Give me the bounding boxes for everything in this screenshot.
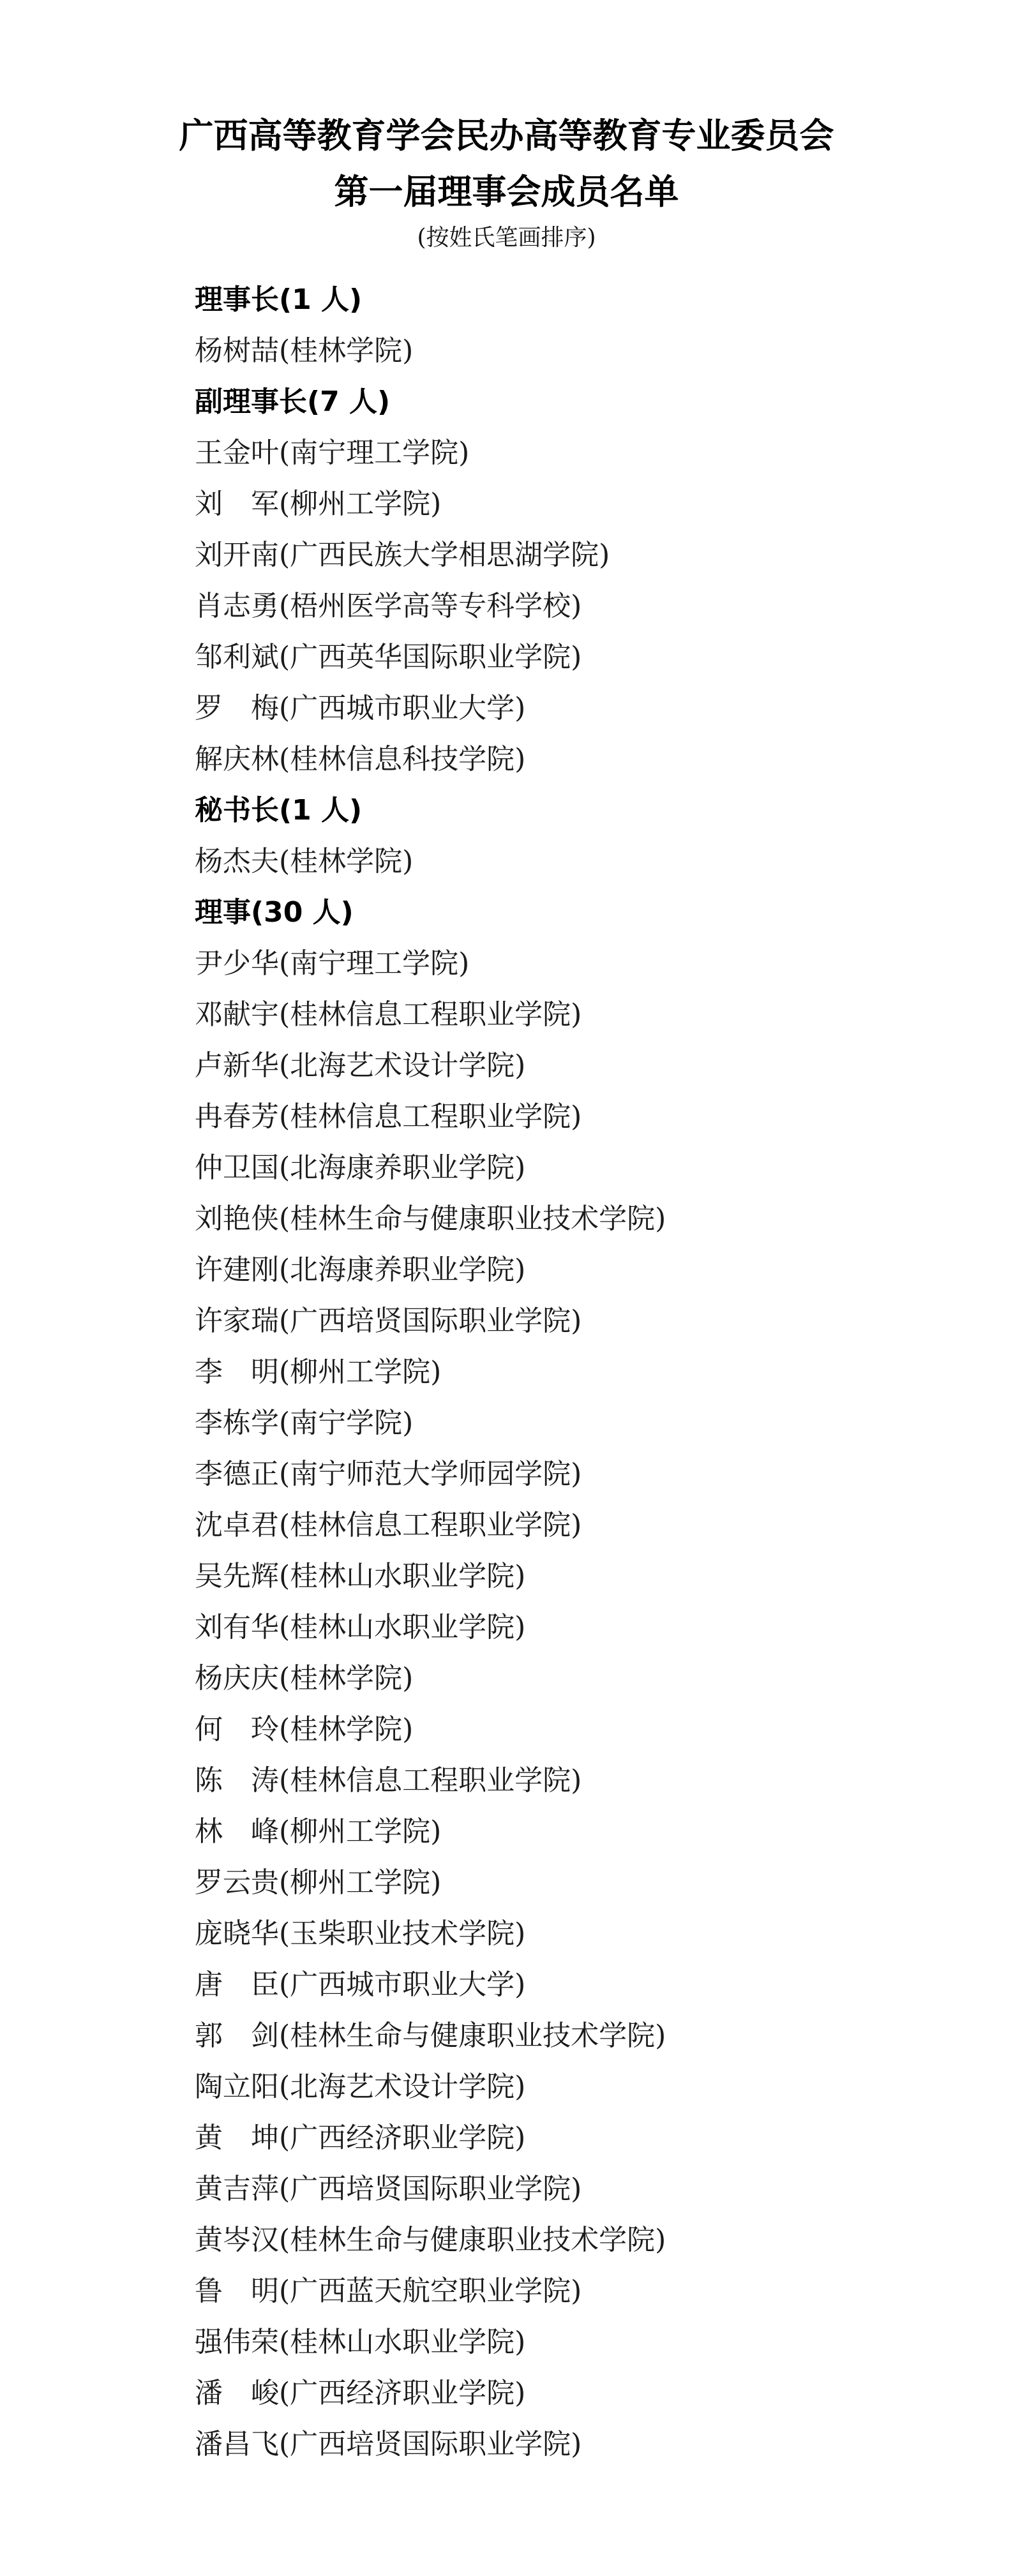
member-row: 郭 剑(桂林生命与健康职业技术学院): [195, 2011, 1013, 2062]
section-header: 理事(30 人): [195, 887, 1013, 938]
section-header: 副理事长(7 人): [195, 377, 1013, 428]
member-row: 解庆林(桂林信息科技学院): [195, 734, 1013, 785]
member-row: 黄 坤(广西经济职业学院): [195, 2113, 1013, 2164]
member-row: 许建刚(北海康养职业学院): [195, 1245, 1013, 1296]
member-row: 冉春芳(桂林信息工程职业学院): [195, 1091, 1013, 1142]
member-row: 沈卓君(桂林信息工程职业学院): [195, 1500, 1013, 1551]
section-header: 理事长(1 人): [195, 274, 1013, 326]
member-row: 罗云贵(柳州工学院): [195, 1857, 1013, 1908]
member-row: 许家瑞(广西培贤国际职业学院): [195, 1296, 1013, 1347]
member-row: 刘艳侠(桂林生命与健康职业技术学院): [195, 1194, 1013, 1245]
member-row: 李德正(南宁师范大学师园学院): [195, 1449, 1013, 1500]
member-row: 庞晓华(玉柴职业技术学院): [195, 1908, 1013, 1959]
member-row: 陶立阳(北海艺术设计学院): [195, 2062, 1013, 2113]
member-row: 仲卫国(北海康养职业学院): [195, 1142, 1013, 1194]
member-row: 罗 梅(广西城市职业大学): [195, 683, 1013, 734]
member-row: 刘有华(桂林山水职业学院): [195, 1602, 1013, 1653]
sort-note: (按姓氏笔画排序): [0, 224, 1013, 252]
member-row: 黄岑汉(桂林生命与健康职业技术学院): [195, 2215, 1013, 2266]
member-row: 肖志勇(梧州医学高等专科学校): [195, 581, 1013, 632]
section-header: 秘书长(1 人): [195, 785, 1013, 836]
title-line-1: 广西高等教育学会民办高等教育专业委员会: [0, 118, 1013, 154]
member-row: 杨杰夫(桂林学院): [195, 836, 1013, 887]
member-row: 强伟荣(桂林山水职业学院): [195, 2317, 1013, 2368]
member-list: 理事长(1 人)杨树喆(桂林学院)副理事长(7 人)王金叶(南宁理工学院)刘 军…: [0, 274, 1013, 2470]
member-row: 潘昌飞(广西培贤国际职业学院): [195, 2419, 1013, 2470]
member-row: 尹少华(南宁理工学院): [195, 938, 1013, 989]
member-row: 潘 峻(广西经济职业学院): [195, 2368, 1013, 2419]
member-row: 吴先辉(桂林山水职业学院): [195, 1551, 1013, 1602]
member-row: 刘开南(广西民族大学相思湖学院): [195, 530, 1013, 581]
member-row: 邓献宇(桂林信息工程职业学院): [195, 989, 1013, 1040]
member-row: 李 明(柳州工学院): [195, 1347, 1013, 1398]
member-row: 林 峰(柳州工学院): [195, 1806, 1013, 1857]
member-row: 卢新华(北海艺术设计学院): [195, 1040, 1013, 1091]
member-row: 邹利斌(广西英华国际职业学院): [195, 632, 1013, 683]
member-row: 黄吉萍(广西培贤国际职业学院): [195, 2164, 1013, 2215]
document-page: 广西高等教育学会民办高等教育专业委员会 第一届理事会成员名单 (按姓氏笔画排序)…: [0, 0, 1013, 2576]
member-row: 李栋学(南宁学院): [195, 1398, 1013, 1449]
member-row: 陈 涛(桂林信息工程职业学院): [195, 1755, 1013, 1806]
member-row: 鲁 明(广西蓝天航空职业学院): [195, 2266, 1013, 2317]
member-row: 刘 军(柳州工学院): [195, 479, 1013, 530]
member-row: 王金叶(南宁理工学院): [195, 428, 1013, 479]
member-row: 杨庆庆(桂林学院): [195, 1653, 1013, 1704]
title-line-2: 第一届理事会成员名单: [0, 174, 1013, 210]
member-row: 杨树喆(桂林学院): [195, 326, 1013, 377]
member-row: 唐 臣(广西城市职业大学): [195, 1959, 1013, 2011]
member-row: 何 玲(桂林学院): [195, 1704, 1013, 1755]
